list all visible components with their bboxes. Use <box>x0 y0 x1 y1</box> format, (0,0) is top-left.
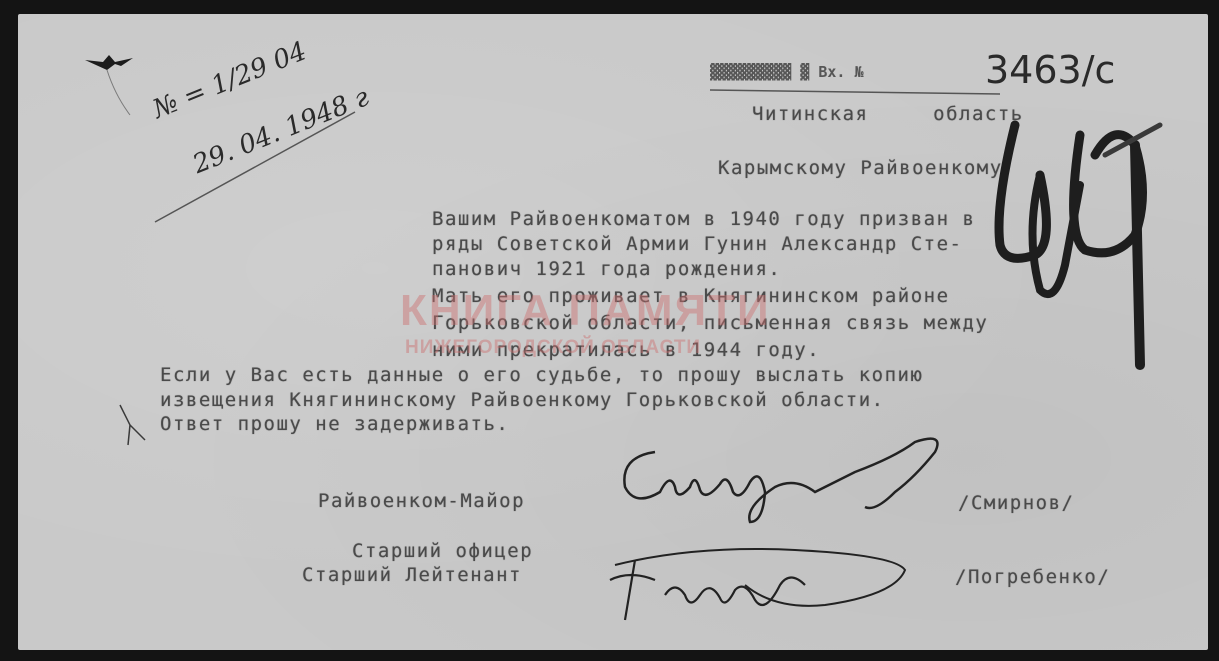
stamp-underline <box>710 88 1010 98</box>
signature-pogrebenko <box>595 540 925 630</box>
margin-handwritten-mark <box>985 115 1175 375</box>
addressee-region: Читинская область <box>752 103 1024 125</box>
paper-tear-icon <box>75 40 155 120</box>
watermark-line-1: КНИГА ПАМЯТИ <box>400 286 771 336</box>
body-line: ряды Советской Армии Гунин Александр Сте… <box>432 233 963 255</box>
signatory-1-title: Райвоенком-Майор <box>318 490 525 512</box>
signatory-2-title-line-2: Старший Лейтенант <box>302 564 522 586</box>
signature-smirnov <box>615 432 995 532</box>
stamp-label: Вх. № <box>818 63 863 81</box>
handwritten-incoming-number: 3463/с <box>985 48 1115 92</box>
body-line: Вашим Райвоенкоматом в 1940 году призван… <box>432 208 975 230</box>
incoming-stamp-text: ▓▓▓▓▓▓▓▓▓ ▓ Вх. № <box>710 63 864 81</box>
watermark-line-2: НИЖЕГОРОДСКОЙ ОБЛАСТИ <box>405 337 701 359</box>
body-line: панович 1921 года рождения. <box>432 258 781 280</box>
body-line: Если у Вас есть данные о его судьбе, то … <box>160 364 923 386</box>
addressee-recipient: Карымскому Райвоенкому <box>718 157 1003 179</box>
body-line: Ответ прошу не задерживать. <box>160 413 509 435</box>
body-line: извещения Княгининскому Райвоенкому Горь… <box>160 389 885 411</box>
signatory-2-title-line-1: Старший офицер <box>352 540 533 562</box>
signatory-2-name: /Погребенко/ <box>955 566 1110 588</box>
signatory-1-name: /Смирнов/ <box>958 492 1074 514</box>
